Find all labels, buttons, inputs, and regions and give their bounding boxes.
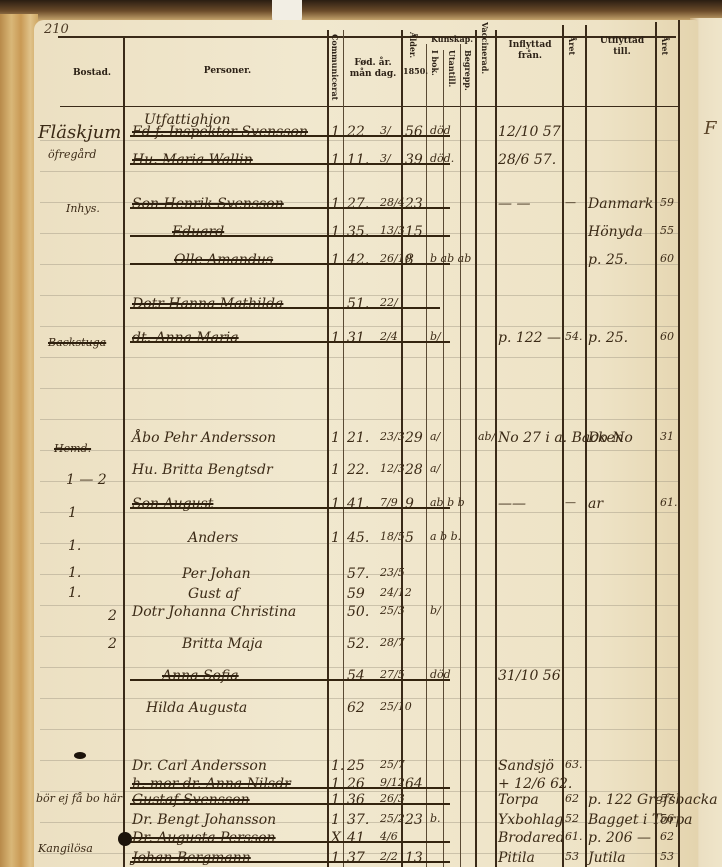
birth-year: 52. [347,636,369,652]
ruled-line [40,171,680,172]
communicerat-mark: 1 [331,812,340,828]
birth-year: 22. [347,462,369,478]
vaccinerad-mark: ab/ [478,430,495,443]
book-page-edges [0,14,38,867]
year-moved-out: 53 [660,850,674,863]
header-fodd-label: Fød. år. [346,58,400,69]
birth-year: 27. [347,196,369,212]
inflyttad-from: 28/6 57. [498,152,556,168]
person-name: Olle Amandus [174,252,273,268]
age-1850: 9 [405,496,414,512]
year-moved-out: 61. [660,496,678,509]
rule-kunskap-1 [443,50,444,867]
header-aret-out: Året [660,36,670,60]
person-name: Dr. Bengt Johansson [132,812,276,828]
age-1850: 15 [405,224,423,240]
person-name: Johan Bergmann [132,850,251,866]
birth-month-day: 23/5 [380,566,405,579]
age-1850: 8 [405,252,414,268]
bostad-entry: Fläskjum [38,122,121,143]
ruled-line [40,512,680,513]
utflyttad-to: Jutila [588,850,626,866]
communicerat-mark: 1 [331,496,340,512]
person-name: Anders [188,530,238,546]
header-alder: Ålder. [408,32,418,60]
birth-year: 41. [347,496,369,512]
communicerat-mark: 1 [331,224,340,240]
birth-year: 37 [347,850,365,866]
person-name: Gustaf Svensson [132,792,250,808]
birth-year: 45. [347,530,369,546]
header-inflyttad: Inflyttad från. [500,40,560,62]
header-personer: Personer. [130,66,325,77]
strike-through-line [130,235,450,237]
age-1850: 23 [405,812,423,828]
utflyttad-to: Hönyda [588,224,643,240]
inflyttad-from: p. 122 — [498,330,561,346]
kunskap-marks: b/ [430,604,441,617]
person-name: Fd f. Inspektor Svensson [132,124,308,140]
rule-vacc [475,30,477,867]
utflyttad-to: p. 206 — [588,830,651,846]
birth-year: 22 [347,124,365,140]
year-moved-out: 57 [660,792,674,805]
rule-personer [327,30,329,867]
communicerat-mark: 1 [331,850,340,866]
bostad-entry: 1. [68,585,81,601]
bostad-entry: öfregård [48,148,96,161]
year-moved-out: 55 [660,224,674,237]
bostad-entry: Hemd. [54,442,91,455]
communicerat-mark: 1 [331,530,340,546]
inflyttad-from: Brodared [498,830,565,846]
person-name: Britta Maja [182,636,263,652]
ink-blot [74,752,86,759]
rule-aret-in [562,25,564,867]
person-name: h. mor dr. Anna Nilsdr [132,776,291,792]
birth-month-day: 23/3 [380,430,405,443]
person-name: Dotr Hanna Mathilda [132,296,283,312]
birth-month-day: 25/3 [380,604,405,617]
inflyttad-from: 12/10 57. [498,124,565,140]
year-moved-in: — [565,496,576,509]
rule-inflyttad [495,30,497,867]
inflyttad-from: Torpa [498,792,539,808]
person-name: dt. Anna Maria [132,330,239,346]
ruled-line [40,481,680,482]
strike-through-line [130,135,450,137]
year-moved-in: 53 [565,850,579,863]
age-1850: 39 [405,152,423,168]
age-1850: 13 [405,850,423,866]
year-moved-out: 60 [660,330,674,343]
year-moved-in: — [565,196,576,209]
communicerat-mark: 1 [331,776,340,792]
person-name: Eduard [172,224,224,240]
birth-year: 35. [347,224,369,240]
strike-through-line [130,263,450,265]
person-name: Dr. Augusta Persson [132,830,276,846]
year-moved-out: 59 [660,196,674,209]
rule-fodd [401,30,403,867]
age-1850: 5 [405,530,414,546]
year-moved-in: 61. [565,830,583,843]
birth-year: 41 [347,830,365,846]
utflyttad-to: Bagget i Torpa [588,812,693,828]
utflyttad-to: p. 25. [588,252,628,268]
year-moved-out: 31 [660,430,674,443]
ruled-line [40,729,680,730]
inflyttad-from: + 12/6 62. [498,776,572,792]
ink-blot [118,832,132,846]
birth-month-day: 12/3 [380,462,405,475]
birth-year: 62 [347,700,365,716]
person-name: Åbo Pehr Andersson [132,430,276,446]
ruled-line [40,698,680,699]
communicerat-mark: X [331,830,341,846]
bostad-entry: bör ej få bo här [36,792,122,805]
age-1850: 64 [405,776,423,792]
person-name: Hilda Augusta [146,700,247,716]
age-1850: 23 [405,196,423,212]
ruled-line [40,357,680,358]
birth-month-day: 24/12 [380,586,412,599]
year-moved-out: 60 [660,252,674,265]
birth-year: 11. [347,152,369,168]
person-name: Dotr Johanna Christina [132,604,296,620]
rule-right-edge [678,20,680,867]
birth-year: 37. [347,812,369,828]
header-kunskap-1bok: I bok. [430,50,440,90]
year-moved-out: 62 [660,830,674,843]
bostad-entry: 2 [108,636,117,652]
ruled-line [40,419,680,420]
strike-through-line [130,207,450,209]
communicerat-mark: 1 [331,430,340,446]
utflyttad-to: Do No [588,430,633,446]
person-name: Dr. Carl Andersson [132,758,267,774]
year-moved-out: 56 [660,812,674,825]
bostad-entry: Kangilösa [38,842,93,855]
birth-month-day: 18/5 [380,530,405,543]
birth-month-day: 25/2 [380,812,405,825]
header-bostad: Bostad. [62,68,122,79]
rule-aret-out [655,22,657,867]
strike-through-line [130,341,450,343]
birth-year: 21. [347,430,369,446]
strike-through-line [130,803,450,805]
kunskap-marks: a b b. [430,530,461,543]
strike-through-line [130,163,450,165]
ruled-line [40,450,680,451]
header-fodd-sub: mån dag. [346,69,400,80]
bostad-entry: Inhys. [66,202,100,215]
strike-through-line [130,307,440,309]
person-name: Son Henrik Svensson [132,196,284,212]
inflyttad-from: —— [498,496,526,512]
birth-month-day: 28/7 [380,636,405,649]
bostad-entry: 1 [68,505,77,521]
header-communicerat: Communicerat [330,34,340,104]
rule-alder [426,44,427,867]
bostad-entry: 2 [108,608,117,624]
year-moved-in: 63. [565,758,583,771]
strike-through-line [130,861,450,863]
kunskap-marks: a/ [430,430,440,443]
person-name: Per Johan [182,566,251,582]
utflyttad-to: p. 122 Grefsbacka [588,792,718,808]
birth-year: 25 [347,758,365,774]
birth-month-day: 25/10 [380,700,412,713]
birth-year: 57. [347,566,369,582]
ruled-line [40,140,680,141]
person-name: Anna Sofia [162,668,239,684]
book-top-edge [0,0,722,22]
header-vaccinerad: Vaccinerad. [480,22,490,92]
rule-kunskap-2 [460,44,461,867]
bostad-entry: 1. [68,565,81,581]
header-kunskap: Kunskap. [428,34,476,45]
age-1850: 29 [405,430,423,446]
inflyttad-from: Pitila [498,850,535,866]
page-number: 210 [44,22,69,37]
header-top-rule [58,36,676,38]
header-kunskap-utantill: Utantill. [447,50,457,90]
communicerat-mark: 1 [331,196,340,212]
communicerat-mark: 1 [331,792,340,808]
bostad-entry: Backstuga [48,336,106,349]
rule-bostad [123,38,125,867]
header-kunskap-begrepp: Begrepp. [463,50,473,90]
communicerat-mark: 1. [331,758,344,774]
bostad-entry: 1. [68,538,81,554]
person-name: Son August [132,496,213,512]
utflyttad-to: ar [588,496,603,512]
communicerat-mark: 1 [331,462,340,478]
strike-through-line [130,787,450,789]
birth-month-day: 25/7 [380,758,405,771]
kunskap-marks: a/ [430,462,440,475]
birth-year: 42. [347,252,369,268]
rule-utflyttad [585,25,587,867]
ruled-line [40,388,680,389]
inflyttad-from: 31/10 56. [498,668,565,684]
utflyttad-to: p. 25. [588,330,628,346]
birth-year: 26 [347,776,365,792]
header-aret-in: Året [567,36,577,60]
inflyttad-from: Sandsjö [498,758,554,774]
strike-through-line [130,679,450,681]
birth-year: 36 [347,792,365,808]
facing-page-text: F [704,118,717,139]
birth-year: 51. [347,296,369,312]
age-1850: 56 [405,124,423,140]
birth-year: 54 [347,668,365,684]
year-moved-in: 52 [565,812,579,825]
communicerat-mark: 1 [331,252,340,268]
header-fodd: Fød. år. mån dag. [346,58,400,80]
strike-through-line [130,507,450,509]
year-moved-in: 54. [565,330,583,343]
person-name: Hu. Britta Bengtsdr [132,462,273,478]
person-name: Gust af [188,586,239,602]
communicerat-mark: 1 [331,330,340,346]
utflyttad-to: Danmark [588,196,653,212]
strike-through-line [130,841,450,843]
rule-comm [343,30,344,867]
birth-year: 31 [347,330,365,346]
inflyttad-from: Yxbohlag [498,812,563,828]
communicerat-mark: 1 [331,124,340,140]
person-name: Hu. Maria Wallin [132,152,253,168]
header-utflyttad: Utflyttad till. [590,36,654,58]
birth-year: 50. [347,604,369,620]
inflyttad-from: — — [498,196,530,212]
header-alder-year: 1850. [403,66,427,77]
age-1850: 28 [405,462,423,478]
ruled-line [40,326,680,327]
communicerat-mark: 1 [331,152,340,168]
bostad-entry: 1 — 2 [66,472,107,488]
kunskap-marks: b. [430,812,441,825]
birth-year: 59 [347,586,365,602]
year-moved-in: 62 [565,792,579,805]
